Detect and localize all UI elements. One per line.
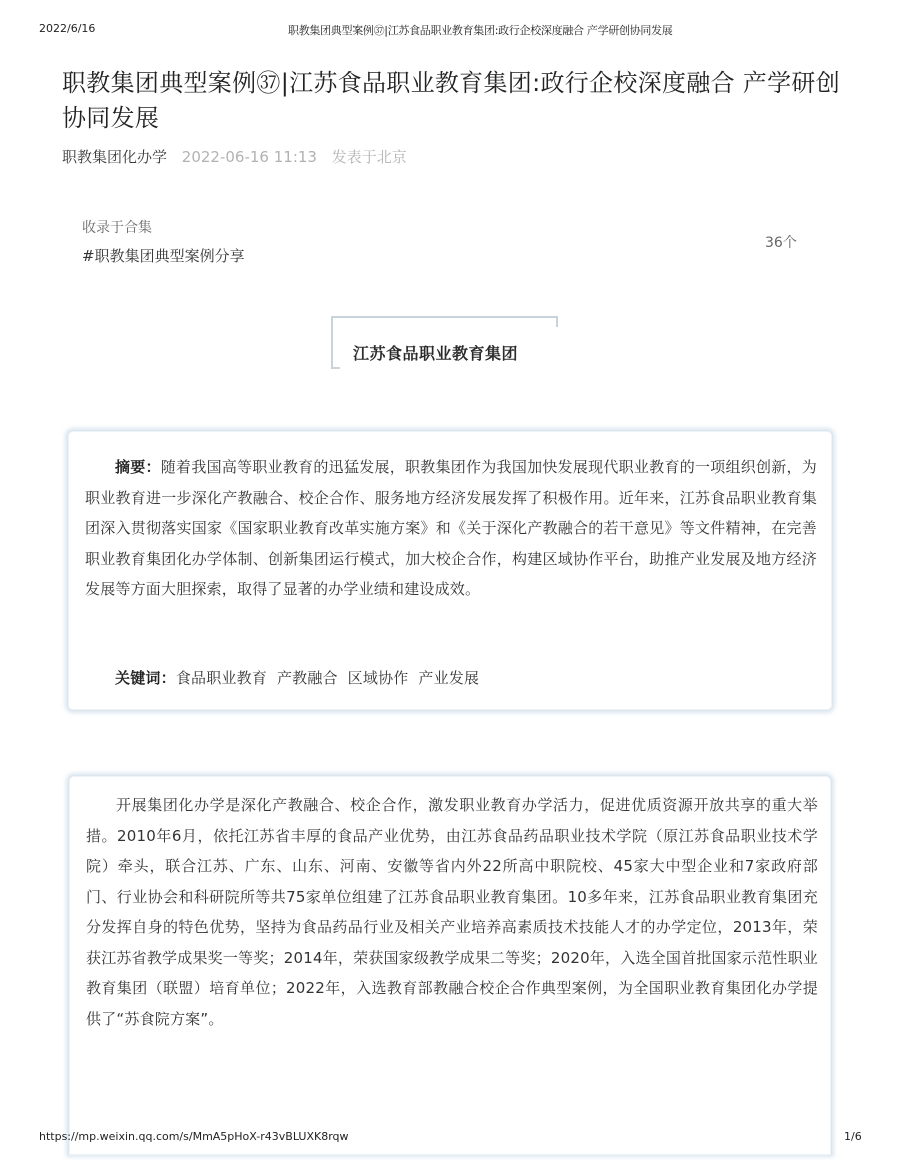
article-title: 职教集团典型案例㊲|江苏食品职业教育集团:政行企校深度融合 产学研创协同发展 <box>62 66 852 136</box>
author-link[interactable]: 职教集团化办学 <box>62 148 167 166</box>
summary-card: 摘要：随着我国高等职业教育的迅猛发展，职教集团作为我国加快发展现代职业教育的一项… <box>67 430 833 711</box>
collection-count: 36个 <box>765 232 797 254</box>
abstract-label: 摘要： <box>115 458 161 476</box>
keywords-text: 食品职业教育 产教融合 区域协作 产业发展 <box>176 669 479 687</box>
abstract-paragraph: 摘要：随着我国高等职业教育的迅猛发展，职教集团作为我国加快发展现代职业教育的一项… <box>85 452 817 605</box>
print-header: 2022/6/16 职教集团典型案例㊲|江苏食品职业教育集团:政行企校深度融合 … <box>0 22 899 38</box>
abstract-text: 随着我国高等职业教育的迅猛发展，职教集团作为我国加快发展现代职业教育的一项组织创… <box>85 458 817 598</box>
printed-page: 2022/6/16 职教集团典型案例㊲|江苏食品职业教育集团:政行企校深度融合 … <box>0 0 899 1164</box>
collection-name[interactable]: #职教集团典型案例分享 <box>82 245 245 267</box>
publish-location: 发表于北京 <box>332 148 407 166</box>
print-page-number: 1/6 <box>844 1130 862 1143</box>
intro-paragraph: 开展集团化办学是深化产教融合、校企合作，激发职业教育办学活力，促进优质资源开放共… <box>86 790 818 1034</box>
heading-frame-top <box>331 316 558 318</box>
publish-datetime: 2022-06-16 11:13 <box>182 148 317 166</box>
collection-card[interactable]: 收录于合集 #职教集团典型案例分享 36个 <box>82 217 822 273</box>
print-title: 职教集团典型案例㊲|江苏食品职业教育集团:政行企校深度融合 产学研创协同发展 <box>288 22 673 38</box>
print-footer: https://mp.weixin.qq.com/s/MmA5pHoX-r43v… <box>0 1130 899 1146</box>
intro-card: 开展集团化办学是深化产教融合、校企合作，激发职业教育办学活力，促进优质资源开放共… <box>68 775 832 1155</box>
heading-frame-left <box>331 316 333 369</box>
keywords-paragraph: 关键词：食品职业教育 产教融合 区域协作 产业发展 <box>85 663 817 694</box>
print-date: 2022/6/16 <box>39 22 95 35</box>
collection-label: 收录于合集 <box>82 217 152 239</box>
heading-frame-right <box>556 316 558 327</box>
heading-frame-bottom <box>331 367 340 369</box>
section-heading: 江苏食品职业教育集团 <box>331 316 558 370</box>
keywords-label: 关键词： <box>115 669 176 687</box>
article-meta: 职教集团化办学 2022-06-16 11:13 发表于北京 <box>62 146 407 168</box>
section-heading-text: 江苏食品职业教育集团 <box>353 341 518 364</box>
print-url: https://mp.weixin.qq.com/s/MmA5pHoX-r43v… <box>39 1130 349 1143</box>
